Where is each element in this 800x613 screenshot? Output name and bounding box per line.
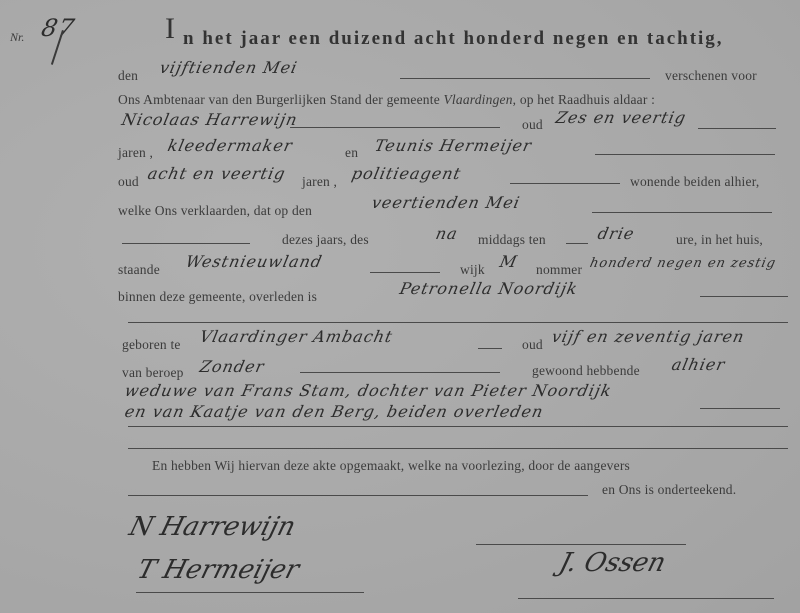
fill-line (128, 426, 788, 427)
label-staande: staande (118, 262, 160, 278)
label-wijk: wijk (460, 262, 485, 278)
heading-initial: I (165, 12, 175, 46)
label-den: den (118, 68, 138, 84)
hand-deceased-occupation: Zonder (198, 357, 266, 376)
fill-line (592, 212, 772, 213)
signature-underline (136, 592, 364, 593)
hand-residence: alhier (670, 355, 727, 374)
municipality-name: Vlaardingen (443, 92, 512, 107)
hand-hour: drie (596, 224, 637, 243)
label-overleden-is: binnen deze gemeente, overleden is (118, 289, 317, 305)
label-ure-huis: ure, in het huis, (676, 232, 763, 248)
signature-informant-1: N Harrewijn (126, 512, 299, 542)
label-gewoond-hebbende: gewoond hebbende (532, 363, 640, 379)
hand-informant-1-occupation: kleedermaker (166, 136, 295, 155)
fill-line (400, 78, 650, 79)
hand-informant-2-occupation: politieagent (350, 164, 463, 183)
hand-date-death: veertienden Mei (370, 193, 522, 212)
hand-wijk: M (498, 252, 519, 271)
label-geboren-te: geboren te (122, 337, 181, 353)
label-ambtenaar: Ons Ambtenaar van den Burgerlijken Stand… (118, 92, 655, 108)
fill-line (128, 448, 788, 449)
signature-line (476, 544, 686, 545)
label-nommer: nommer (536, 262, 582, 278)
fill-line (698, 128, 776, 129)
hand-deceased-age: vijf en zeventig jaren (550, 327, 747, 346)
fill-line (566, 243, 588, 244)
fill-line (300, 372, 500, 373)
closing-text-2: en Ons is onderteekend. (602, 482, 736, 498)
hand-birthplace: Vlaardinger Ambacht (198, 327, 395, 346)
hand-informant-2-age: acht en veertig (146, 164, 288, 183)
label-oud-3: oud (522, 337, 543, 353)
label-middags-ten: middags ten (478, 232, 546, 248)
label-verklaarden: welke Ons verklaarden, dat op den (118, 203, 312, 219)
signature-official: J. Ossen (556, 548, 669, 578)
label-jaren: jaren , (118, 145, 153, 161)
label-oud-2: oud (118, 174, 139, 190)
hand-spouse-parents-1: weduwe van Frans Stam, dochter van Piete… (123, 381, 614, 400)
fill-line (595, 154, 775, 155)
hand-informant-1-age: Zes en veertig (554, 108, 688, 127)
fill-line (290, 127, 500, 128)
hand-spouse-parents-2: en van Kaatje van den Berg, beiden overl… (123, 402, 546, 421)
fill-line (510, 183, 620, 184)
fill-line (128, 322, 788, 323)
label-dezes-jaars: dezes jaars, des (282, 232, 369, 248)
hand-informant-2-name: Teunis Hermeijer (373, 136, 534, 155)
fill-line (122, 243, 250, 244)
fill-line (370, 272, 440, 273)
record-number-label: Nr. (10, 30, 24, 45)
closing-text-1: En hebben Wij hiervan deze akte opgemaak… (152, 458, 630, 474)
hand-date-registration: vijftienden Mei (158, 58, 299, 77)
hand-informant-1-name: Nicolaas Harrewijn (120, 110, 300, 129)
hand-street: Westnieuwland (184, 252, 324, 271)
label-ambtenaar-a: Ons Ambtenaar van den Burgerlijken Stand… (118, 92, 443, 107)
hand-voor-na: na (434, 224, 460, 243)
heading-text: n het jaar een duizend acht honderd nege… (183, 28, 724, 50)
label-en: en (345, 145, 358, 161)
scanned-certificate-page: Nr. 87 I n het jaar een duizend acht hon… (0, 0, 800, 613)
label-van-beroep: van beroep (122, 365, 184, 381)
fill-line (700, 408, 780, 409)
fill-line (700, 296, 788, 297)
label-wonende: wonende beiden alhier, (630, 174, 759, 190)
hand-house-number: honderd negen en zestig (588, 256, 777, 271)
label-verschenen-voor: verschenen voor (665, 68, 757, 84)
fill-line (128, 495, 588, 496)
label-ambtenaar-b: , op het Raadhuis aldaar : (513, 92, 655, 107)
label-jaren-2: jaren , (302, 174, 337, 190)
hand-deceased-name: Petronella Noordijk (398, 279, 580, 298)
signature-underline (518, 598, 774, 599)
signature-informant-2: T Hermeijer (134, 555, 302, 585)
label-oud: oud (522, 117, 543, 133)
fill-line (478, 348, 502, 349)
